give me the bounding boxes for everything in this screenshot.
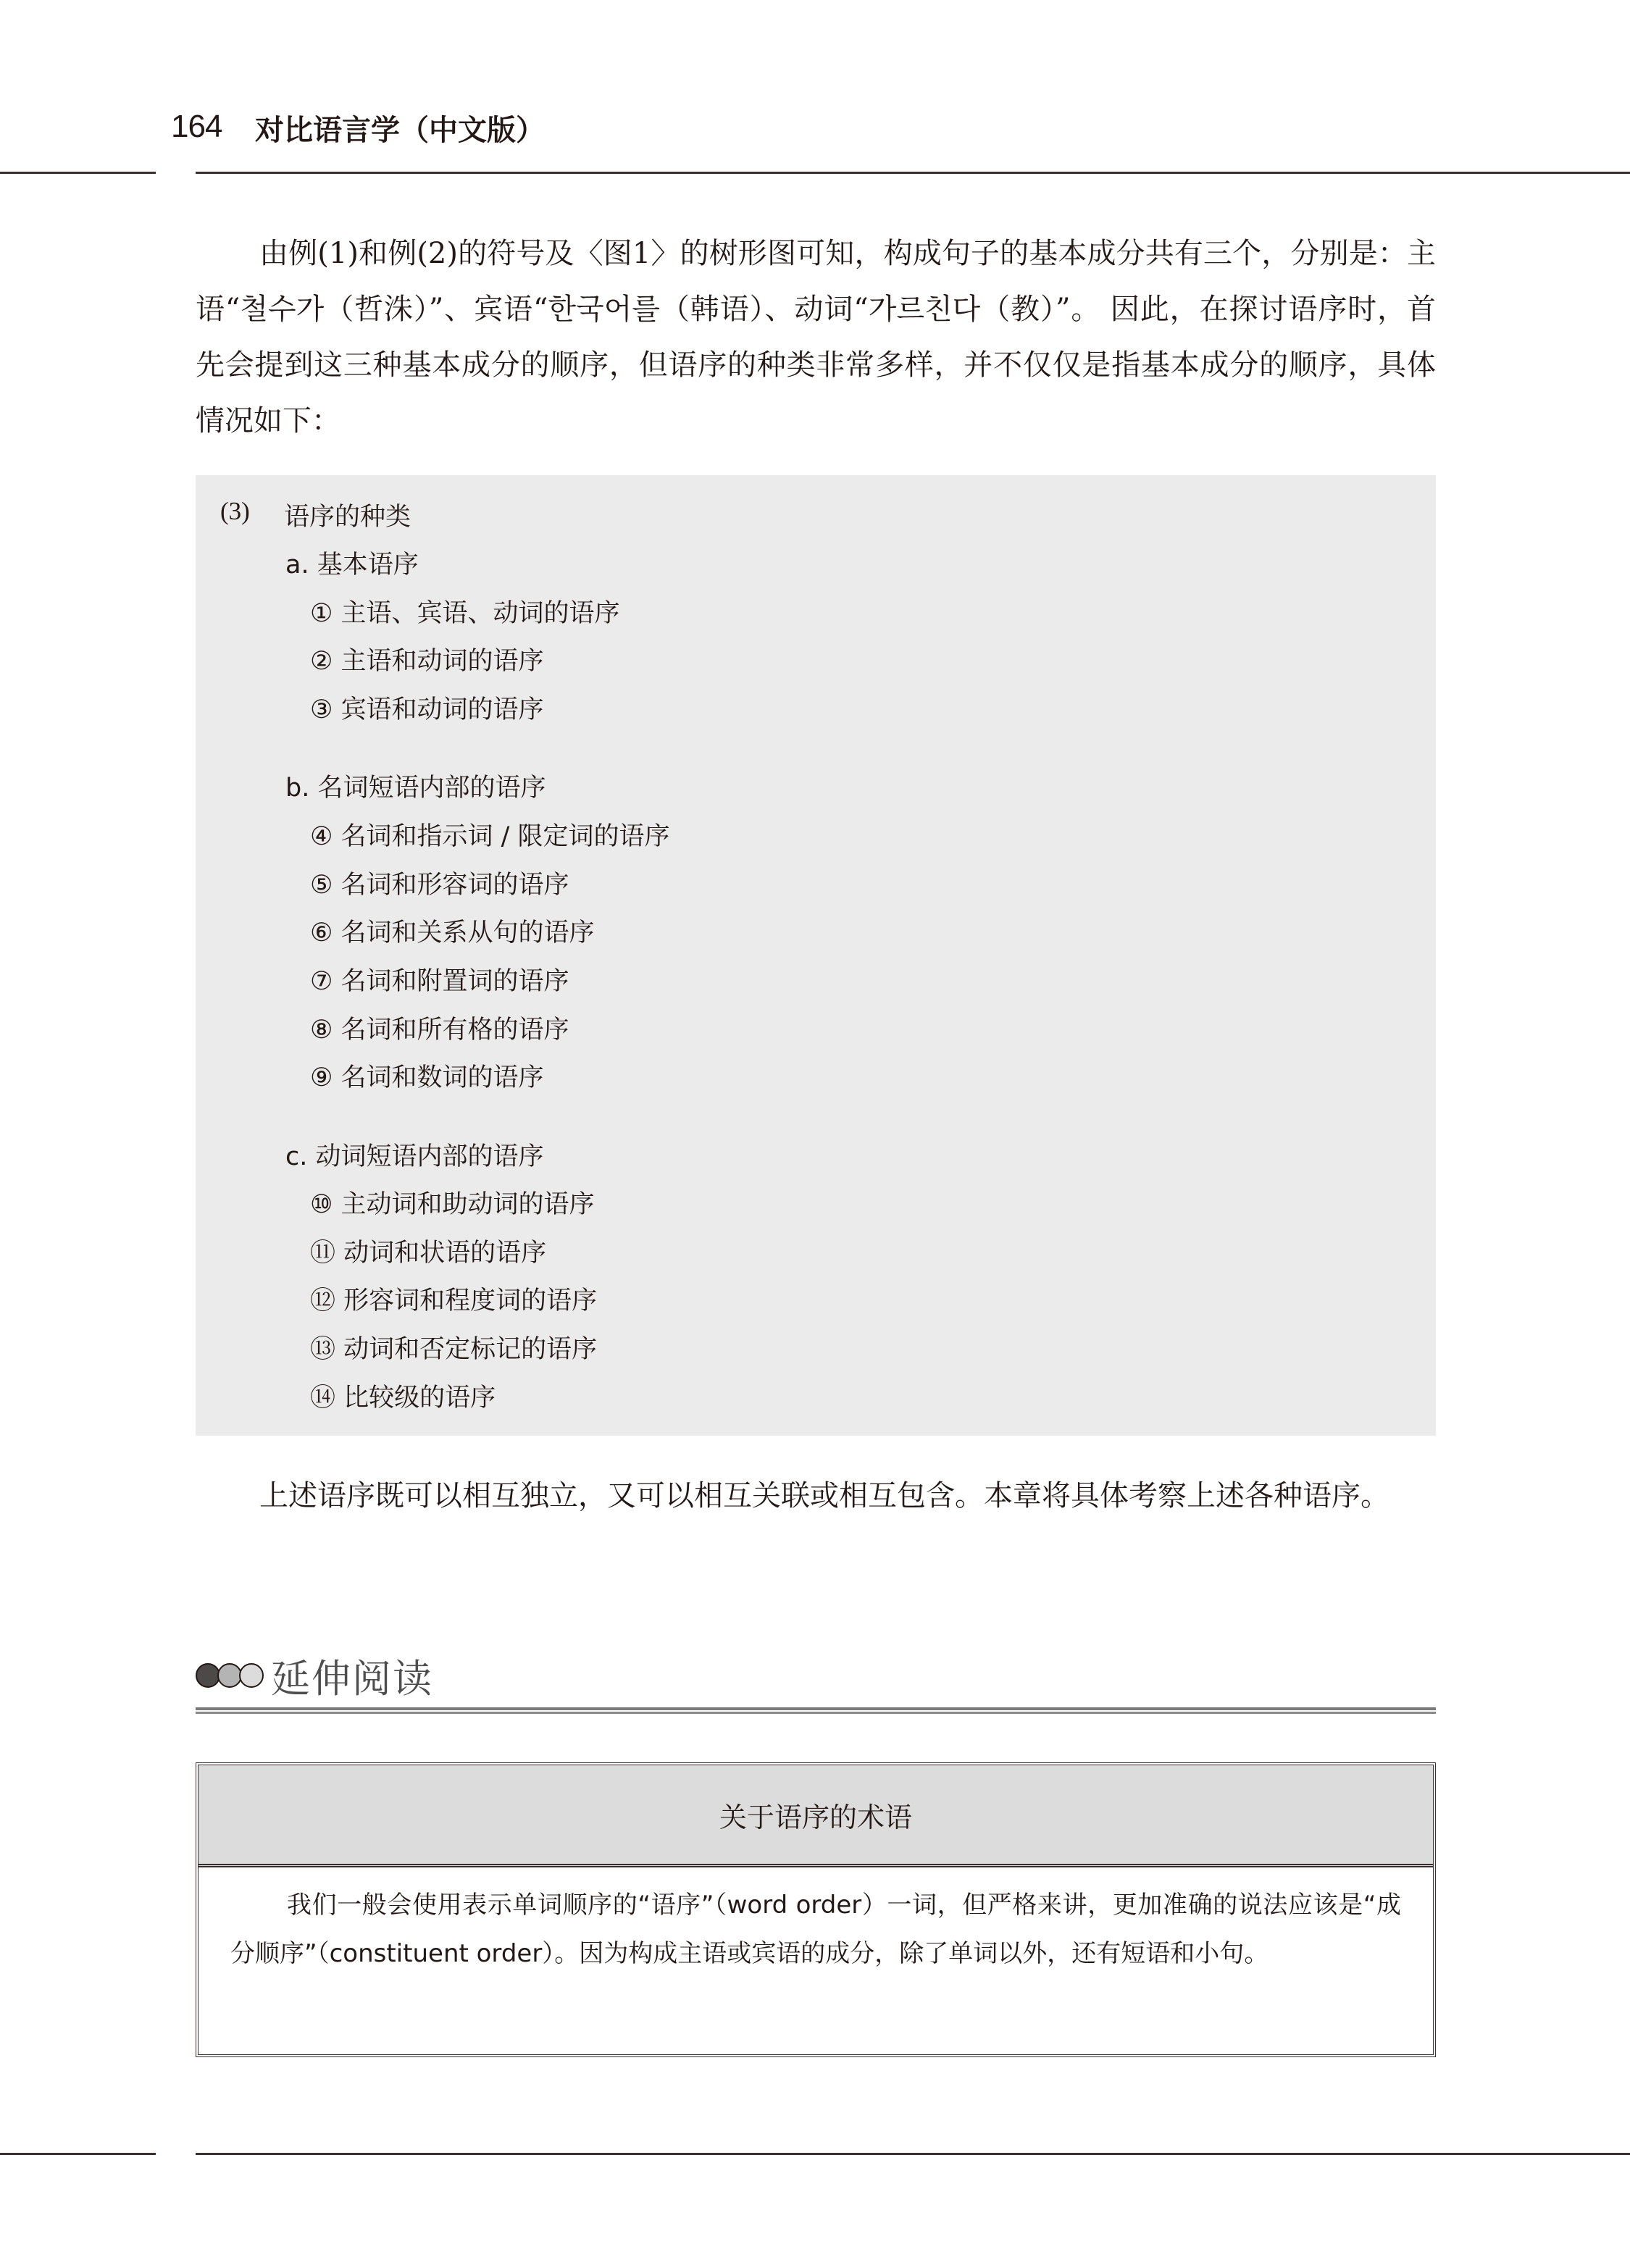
example-box-word-order-types: (3) 语序的种类 a. 基本语序 ① 主语、宾语、动词的语序 ② 主语和动词的…	[196, 475, 1436, 1436]
body-paragraph-intro: 由例(1)和例(2)的符号及〈图1〉的树形图可知，构成句子的基本成分共有三个，分…	[196, 226, 1436, 449]
heading-rule-top	[196, 1707, 1436, 1710]
list-item: ⑪ 动词和状语的语序	[310, 1233, 546, 1269]
terminology-box-title: 关于语序的术语	[719, 1795, 912, 1835]
list-item: ④ 名词和指示词 / 限定词的语序	[310, 816, 670, 853]
list-item: ① 主语、宾语、动词的语序	[310, 593, 620, 629]
terminology-box-header: 关于语序的术语	[198, 1765, 1433, 1867]
list-item: ⑬ 动词和否定标记的语序	[310, 1329, 597, 1365]
extended-reading-heading: 延伸阅读	[196, 1650, 433, 1701]
footer-rule-left	[0, 2153, 156, 2155]
group-label-b: b. 名词短语内部的语序	[285, 768, 546, 804]
page-number: 164	[171, 109, 222, 145]
list-item: ⑤ 名词和形容词的语序	[310, 865, 569, 901]
list-item: ⑩ 主动词和助动词的语序	[310, 1184, 595, 1221]
header-rule-left	[0, 172, 156, 174]
terminology-box: 关于语序的术语 我们一般会使用表示单词顺序的“语序”（word order）一词…	[196, 1762, 1436, 2057]
list-item: ⑧ 名词和所有格的语序	[310, 1010, 569, 1046]
extended-reading-title: 延伸阅读	[271, 1648, 433, 1704]
running-header-title: 对比语言学（中文版）	[255, 107, 545, 148]
list-item: ⑭ 比较级的语序	[310, 1378, 496, 1414]
list-item: ⑨ 名词和数词的语序	[310, 1058, 544, 1094]
list-item: ⑥ 名词和关系从句的语序	[310, 913, 595, 949]
terminology-box-body: 我们一般会使用表示单词顺序的“语序”（word order）一词，但严格来讲，更…	[230, 1881, 1401, 1978]
group-label-a: a. 基本语序	[285, 545, 419, 581]
dark-dot-icon	[196, 1663, 220, 1688]
list-item: ③ 宾语和动词的语序	[310, 690, 544, 726]
group-label-c: c. 动词短语内部的语序	[285, 1137, 544, 1173]
mid-dot-icon	[217, 1663, 242, 1688]
body-paragraph-summary: 上述语序既可以相互独立，又可以相互关联或相互包含。本章将具体考察上述各种语序。	[196, 1468, 1436, 1524]
list-item: ⑦ 名词和附置词的语序	[310, 961, 569, 997]
list-item: ⑫ 形容词和程度词的语序	[310, 1281, 597, 1317]
footer-rule-right	[196, 2153, 1630, 2155]
heading-rule-bottom	[196, 1712, 1436, 1714]
list-item: ② 主语和动词的语序	[310, 641, 544, 677]
example-number: (3)	[220, 497, 250, 526]
header-rule-right	[196, 172, 1630, 174]
example-title: 语序的种类	[284, 497, 411, 533]
light-dot-icon	[239, 1663, 264, 1688]
